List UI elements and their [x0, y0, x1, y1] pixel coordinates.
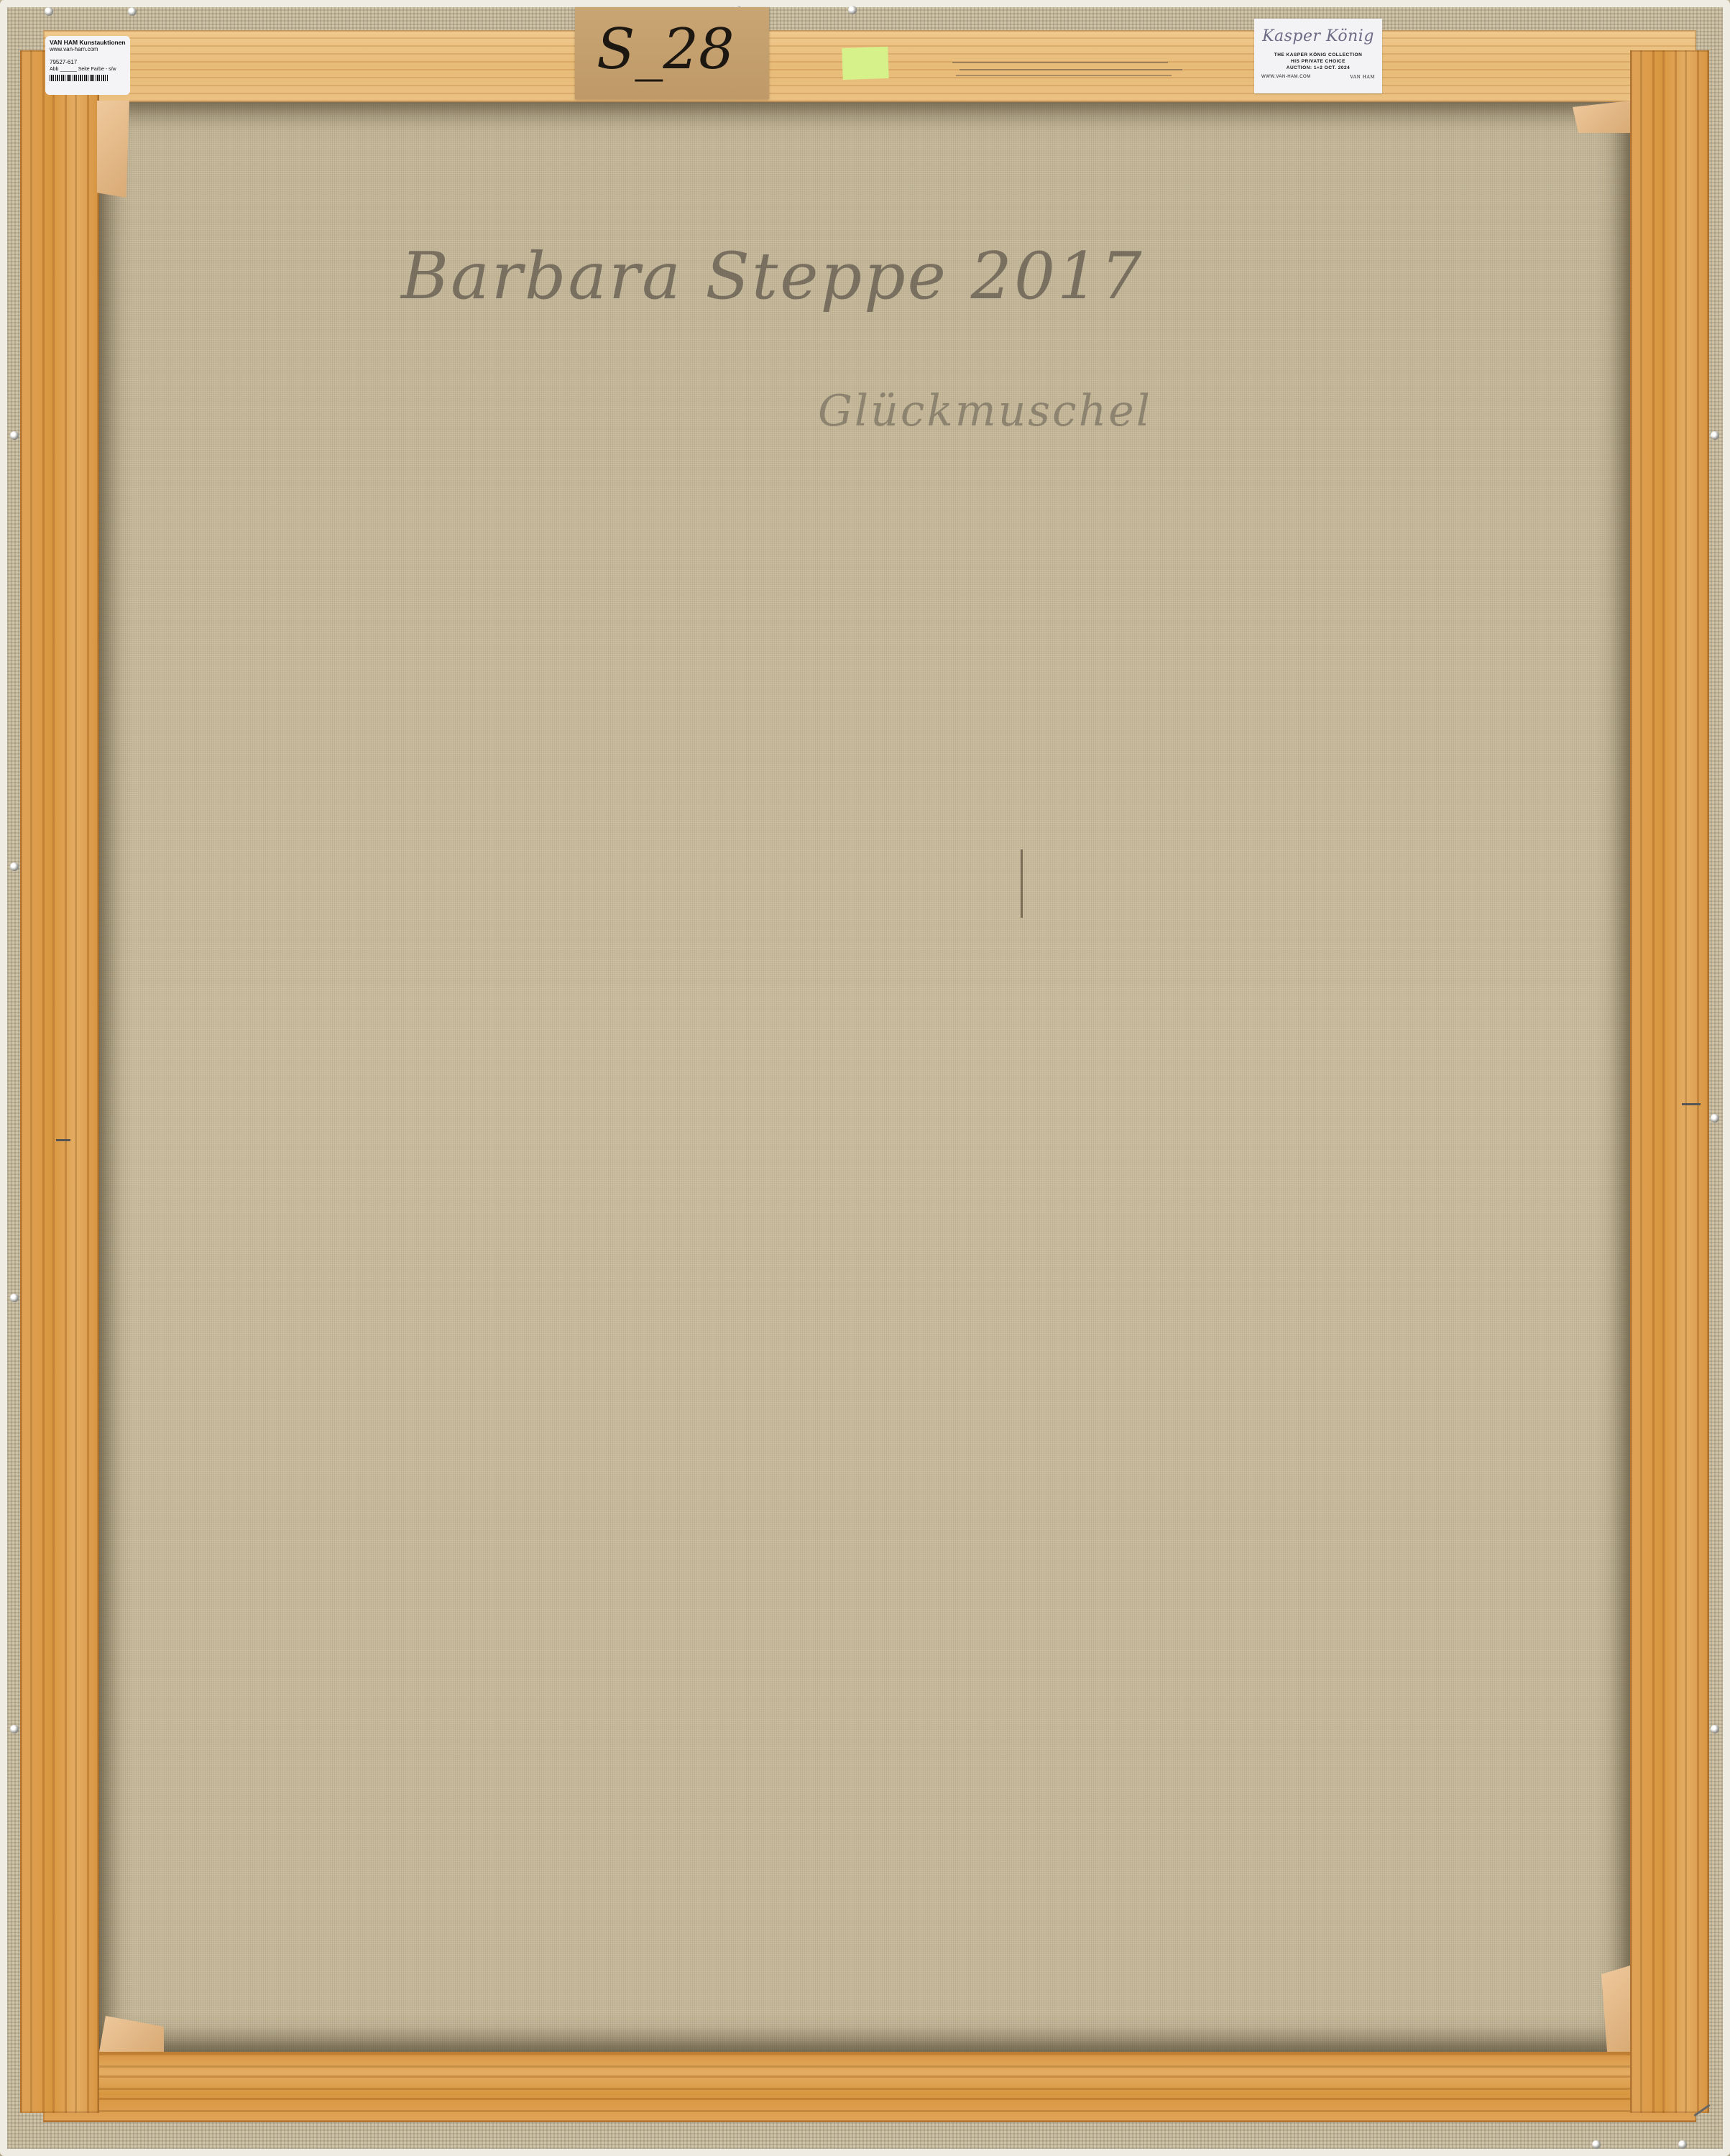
- tack-icon: [10, 1725, 19, 1733]
- barcode-icon: [50, 75, 109, 81]
- stretcher-bar-left: [20, 50, 99, 2113]
- inventory-marker-text: S_28: [597, 17, 735, 82]
- label-lot-number: 79527-617: [50, 59, 126, 66]
- label-website: WWW.VAN-HAM.COM: [1261, 75, 1311, 80]
- label-house: VAN HAM: [1350, 75, 1375, 80]
- collection-subtitle: HIS PRIVATE CHOICE: [1254, 58, 1382, 65]
- stretcher-bar-right: [1630, 50, 1709, 2113]
- staple-icon: [56, 1139, 70, 1141]
- green-sticker: [842, 47, 888, 80]
- signature: Kasper König: [1254, 27, 1382, 52]
- canvas-back: Barbara Steppe 2017 Glückmuschel: [99, 102, 1630, 2052]
- tack-icon: [45, 7, 53, 16]
- stretcher-bar-bottom: [43, 2052, 1696, 2122]
- tack-icon: [1678, 2140, 1687, 2149]
- label-fields: Abb ______ Seite Farbe - s/w: [50, 66, 126, 73]
- tape-patch: S_28: [575, 7, 769, 99]
- pencil-mark: [1021, 849, 1023, 918]
- collection-label: Kasper König THE KASPER KÖNIG COLLECTION…: [1254, 19, 1382, 93]
- tack-icon: [1592, 2140, 1601, 2149]
- artist-signature-year: Barbara Steppe 2017: [401, 239, 1144, 314]
- collection-name: THE KASPER KÖNIG COLLECTION: [1254, 52, 1382, 58]
- tack-icon: [10, 431, 19, 440]
- tack-icon: [848, 6, 857, 14]
- corner-key-top-left: [97, 101, 129, 198]
- top-bar-pencil-notation: [952, 57, 1182, 82]
- staple-icon: [1682, 1103, 1701, 1105]
- tack-icon: [1711, 1114, 1719, 1123]
- artwork-title-inscription: Glückmuschel: [818, 386, 1152, 436]
- tack-icon: [10, 1294, 19, 1302]
- van-ham-inventory-label: VAN HAM Kunstauktionen www.van-ham.com 7…: [45, 36, 130, 95]
- tack-icon: [10, 862, 19, 871]
- auction-date: AUCTION: 1+2 OCT. 2024: [1254, 65, 1382, 71]
- tack-icon: [1711, 431, 1719, 440]
- tack-icon: [1711, 1725, 1719, 1733]
- label-url: www.van-ham.com: [50, 46, 126, 53]
- tack-icon: [128, 7, 137, 16]
- label-brand: VAN HAM Kunstauktionen: [50, 39, 126, 46]
